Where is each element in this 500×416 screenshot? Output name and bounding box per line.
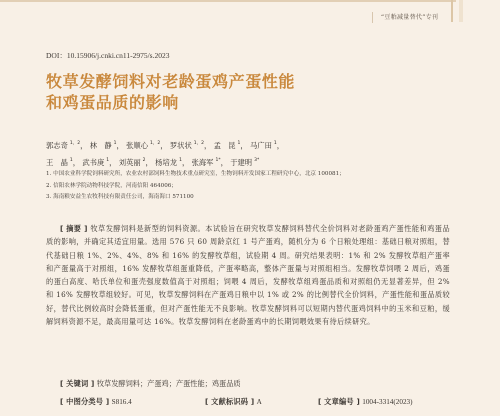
author: 刘英丽2 [119, 158, 146, 167]
article-no-label: [ 文章编号 ] [318, 397, 360, 406]
author: 林 静1 [90, 141, 117, 150]
author: 张顺心1，2 [126, 141, 160, 150]
page-edge-tab [459, 0, 463, 22]
page-edge-divider [451, 0, 453, 22]
author-line-1: 郭志奇1，2， 林 静1， 张顺心1，2， 罗状状1，2， 孟 昆1， 马广田1… [46, 136, 456, 153]
top-rule [0, 0, 456, 2]
doc-code-label: [ 文献标识码 ] [205, 397, 254, 406]
affiliation-1: 1. 中国农业科学院饲料研究所，农业农村部饲料生物技术重点研究室，生物饲料开发国… [46, 169, 466, 181]
document-code: [ 文献标识码 ] A [205, 397, 262, 407]
author: 武书庚1 [82, 158, 109, 167]
clc-value: S816.4 [112, 398, 132, 406]
author-list: 郭志奇1，2， 林 静1， 张顺心1，2， 罗状状1，2， 孟 昆1， 马广田1… [46, 136, 456, 170]
affiliation-2: 2. 信阳农林学院动物科技学院，河南信阳 464006； [46, 181, 466, 193]
author-line-2: 王 晶1， 武书庚1， 刘英丽2， 杨培龙1， 张海军1*， 于建明3* [46, 153, 456, 170]
clc-label: [ 中图分类号 ] [60, 397, 109, 406]
article-title-line2: 和鸡蛋品质的影响 [46, 92, 456, 113]
article-title-line1: 牧草发酵饲料对老龄蛋鸡产蛋性能 [46, 71, 456, 92]
article-title: 牧草发酵饲料对老龄蛋鸡产蛋性能 和鸡蛋品质的影响 [46, 71, 456, 113]
keywords: [ 关键词 ] 牧草发酵饲料；产蛋鸡；产蛋性能；鸡蛋品质 [60, 379, 241, 389]
author: 郭志奇1，2 [46, 141, 80, 150]
author: 马广田1 [250, 141, 277, 150]
keywords-text: 牧草发酵饲料；产蛋鸡；产蛋性能；鸡蛋品质 [97, 379, 241, 388]
affiliations: 1. 中国农业科学院饲料研究所，农业农村部饲料生物技术重点研究室，生物饲料开发国… [46, 169, 466, 204]
abstract-text: 牧草发酵饲料是新型的饲料资源。本试验旨在研究牧草发酵饲料替代全价饲料对老龄蛋鸡产… [46, 224, 450, 326]
author: 于建明3* [230, 158, 259, 167]
article-number: [ 文章编号 ] 1004-3314(2023) [318, 397, 413, 407]
column-tag: “豆粕减量替代”专刊 [372, 12, 438, 23]
affiliation-3: 3. 海南粮安益生农牧科技有限责任公司，海南海口 571100 [46, 192, 466, 204]
author: 孟 昆1 [214, 141, 241, 150]
author: 罗状状1，2 [170, 141, 204, 150]
keywords-label: [ 关键词 ] [60, 379, 95, 388]
doc-code-value: A [257, 398, 262, 406]
abstract-label: [ 摘要 ] [60, 224, 88, 233]
doi: DOI：10.15906/j.cnki.cn11-2975/s.2023 [46, 50, 169, 61]
author: 王 晶1 [46, 158, 73, 167]
abstract: [ 摘要 ] 牧草发酵饲料是新型的饲料资源。本试验旨在研究牧草发酵饲料替代全价饲… [46, 222, 450, 328]
author: 张海军1* [192, 158, 221, 167]
author: 杨培龙1 [155, 158, 182, 167]
clc-number: [ 中图分类号 ] S816.4 [60, 397, 132, 407]
article-no-value: 1004-3314(2023) [362, 398, 412, 406]
